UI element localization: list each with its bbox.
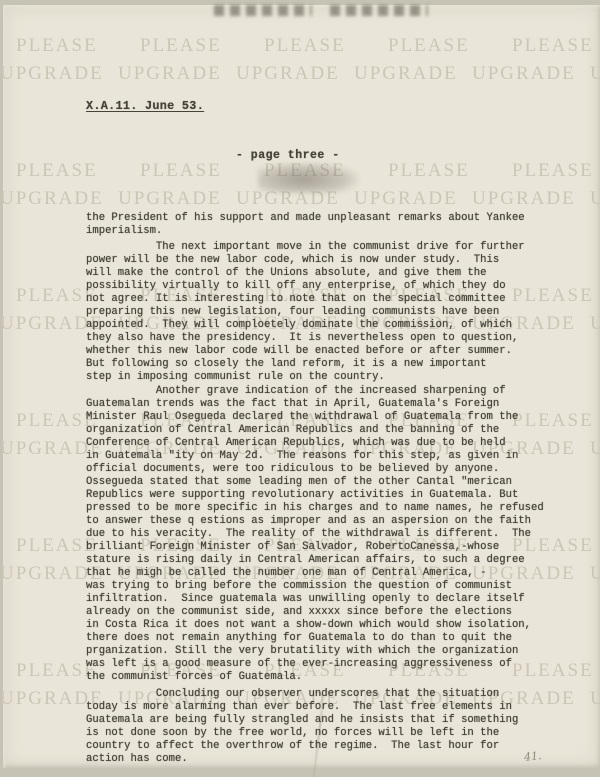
watermark-word: UPGRADE (118, 63, 222, 85)
watermark-word: UPGRADE (472, 188, 576, 210)
typed-line: is not done soon by the free world, no f… (86, 727, 586, 740)
typed-line: Minister Raul Osegueda declared the with… (86, 411, 586, 424)
watermark-word: UPGRADE (118, 188, 222, 210)
typed-line: already on the communist side, and xxxxx… (86, 606, 586, 619)
typed-line: organization of Central American Republi… (86, 424, 586, 437)
typed-line: will make the control of the Unions abso… (86, 267, 586, 280)
typed-line: power will be the new labor code, which … (86, 254, 586, 267)
typed-line: the communist forces of Guatemala. (86, 671, 586, 684)
typed-line: not agree. It is interesting to note tha… (86, 293, 586, 306)
typed-line: Concluding our observer underscores that… (86, 688, 586, 701)
watermark-word: UPGRADE (590, 688, 600, 710)
paragraph: Another grave indication of the increase… (86, 385, 586, 684)
bleed-through-mark (214, 5, 312, 16)
watermark-word: UPGRADE (590, 63, 600, 85)
paragraph: the President of his support and made un… (86, 212, 586, 238)
typed-line: pressed to be more specific in his charg… (86, 502, 586, 515)
document-reference: X.A.11. June 53. (86, 99, 204, 113)
typed-line: official documents, were too ridiculous … (86, 463, 586, 476)
watermark-word: UPGRADE (472, 63, 576, 85)
typed-line: possibility virtually to kill off any en… (86, 280, 586, 293)
typed-line: the President of his support and made un… (86, 212, 586, 225)
watermark-word: UPGRADE (590, 438, 600, 460)
typed-line: was left is a good measure of the ever-i… (86, 658, 586, 671)
watermark-word: UPGRADE (590, 313, 600, 335)
watermark-word: PLEASE (140, 160, 222, 182)
watermark-word: PLEASE (388, 160, 470, 182)
ink-smudge (258, 163, 358, 193)
watermark-word: PLEASE (512, 35, 594, 57)
typed-line: Another grave indication of the increase… (86, 385, 586, 398)
typed-line: brilliant Foreign Minister of San Salvad… (86, 541, 586, 554)
typed-line: Conference of Central American Republics… (86, 437, 586, 450)
typed-line: they also have the presidency. It is nev… (86, 332, 586, 345)
paragraph: The next important move in the communist… (86, 241, 586, 384)
typed-line: Ossegueda stated that some leading men o… (86, 476, 586, 489)
watermark-word: UPGRADE (0, 63, 104, 85)
typed-line: country to affect the overthrow of the r… (86, 740, 586, 753)
watermark-word: PLEASE (512, 160, 594, 182)
bleed-through-mark (330, 5, 428, 16)
scanned-document-page: PLEASEPLEASEPLEASEPLEASEPLEASEUPGRADEUPG… (0, 0, 600, 777)
watermark-word: UPGRADE (236, 63, 340, 85)
watermark-word: PLEASE (140, 35, 222, 57)
typed-line: appointed. They will comploetely dominat… (86, 319, 586, 332)
typed-line: prganization. Still the very brutatility… (86, 645, 586, 658)
paragraph: Concluding our observer underscores that… (86, 688, 586, 766)
typed-line: there does not remain anything for Guate… (86, 632, 586, 645)
typed-line: whether this new labor code will be enac… (86, 345, 586, 358)
typed-line: due to his veracity. The reality of the … (86, 528, 586, 541)
typed-line: Guatemalan trends was the fact that in A… (86, 398, 586, 411)
typed-line: that he migh be called the number one ma… (86, 567, 586, 580)
watermark-word: UPGRADE (354, 188, 458, 210)
typed-line: Guatemala are being fully strangled and … (86, 714, 586, 727)
typed-line: Republics were supporting revolutionary … (86, 489, 586, 502)
typed-line: preparing this new legislation, four lea… (86, 306, 586, 319)
document-body: the President of his support and made un… (86, 212, 586, 766)
typed-line: in Costa Rica it does not want a show-do… (86, 619, 586, 632)
typed-line: today is more alarming than ever before.… (86, 701, 586, 714)
typed-line: infiltration. Since guatemala was unwill… (86, 593, 586, 606)
typed-line: to answer these q estions as improper an… (86, 515, 586, 528)
typed-line: was trying to bring before the commissio… (86, 580, 586, 593)
typed-line: action has come. (86, 753, 586, 766)
typed-line: stature is rising daily in Central Ameri… (86, 554, 586, 567)
watermark-word: UPGRADE (354, 63, 458, 85)
page-label: - page three - (236, 149, 340, 162)
typed-line: step in imposing communist rule on the c… (86, 371, 586, 384)
typed-line: in Guatemala "ity on May 2d. The reasons… (86, 450, 586, 463)
typed-line: The next important move in the communist… (86, 241, 586, 254)
watermark-word: UPGRADE (590, 563, 600, 585)
watermark-word: PLEASE (16, 35, 98, 57)
typed-line: But following so closely the land reform… (86, 358, 586, 371)
watermark-word: PLEASE (264, 35, 346, 57)
page-number-handwritten: 41. (523, 749, 542, 764)
watermark-word: PLEASE (16, 160, 98, 182)
watermark-word: PLEASE (388, 35, 470, 57)
watermark-word: UPGRADE (0, 188, 104, 210)
watermark-word: UPGRADE (590, 188, 600, 210)
typed-line: imperialism. (86, 225, 586, 238)
